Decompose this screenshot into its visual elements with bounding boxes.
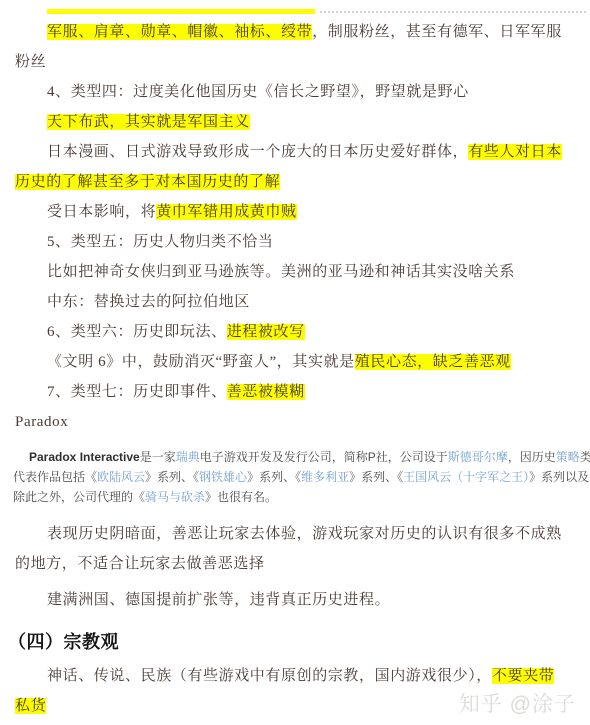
text-segment: 》系列、《 — [247, 470, 301, 484]
text-segment: 》也很有名。 — [205, 490, 277, 504]
text-segment: 是一家 — [140, 450, 176, 464]
cutoff-text-remnant — [320, 11, 586, 13]
document-line: 神话、传说、民族（有些游戏中有原创的宗教，国内游戏很少），不要夹带 — [15, 661, 590, 691]
text-segment: 5、类型五：历史人物归类不恰当 — [47, 234, 274, 250]
text-segment: 粉丝 — [15, 54, 46, 70]
document-line: 4、类型四：过度美化他国历史《信长之野望》，野望就是野心 — [15, 77, 590, 107]
section-heading: （四）宗教观 — [8, 629, 590, 655]
document-line: 军服、肩章、勋章、帽徽、袖标、绶带，制服粉丝，甚至有德军、日军军服 — [15, 17, 590, 47]
text-segment: 日本漫画、日式游戏导致形成一个庞大的日本历史爱好群体， — [47, 144, 468, 160]
text-segment: 的地方，不适合让玩家去做善恶选择 — [15, 556, 265, 572]
wiki-link[interactable]: 骑马与砍杀 — [145, 490, 205, 504]
text-segment: 类游戏而著名。其 — [580, 450, 590, 464]
document-line: 代表作品包括《欧陆风云》系列、《钢铁雄心》系列、《维多利亚》系列、《王国风云（十… — [13, 467, 590, 487]
text-segment: 》系列、《 — [145, 470, 199, 484]
highlighted-text: 不要夹带 — [492, 668, 554, 684]
bold-text: Paradox Interactive — [29, 450, 140, 464]
text-segment: 》系列、《 — [349, 470, 403, 484]
document-line: Paradox — [15, 407, 590, 437]
highlighted-text: 历史的了解甚至多于对本国历史的了解 — [15, 174, 280, 190]
wiki-link[interactable]: 钢铁雄心 — [199, 470, 247, 484]
document-line: 受日本影响，将黄巾军错用成黄巾贼 — [15, 197, 590, 227]
document-line: 比如把神奇女侠归到亚马逊族等。美洲的亚马逊和神话其实没啥关系 — [15, 257, 590, 287]
wiki-link[interactable]: 王国风云（十字军之王） — [403, 470, 529, 484]
text-segment: 《文明 6》中，鼓励消灭“野蛮人”，其实就是 — [47, 354, 355, 370]
text-segment: 6、类型六：历史即玩法、 — [47, 324, 227, 340]
document-line: 《文明 6》中，鼓励消灭“野蛮人”，其实就是殖民心态，缺乏善恶观 — [15, 347, 590, 377]
text-segment: 建满洲国、德国提前扩张等，违背真正历史进程。 — [47, 592, 390, 608]
document-line: 除此之外，公司代理的《骑马与砍杀》也很有名。 — [13, 487, 590, 507]
document-lines: 军服、肩章、勋章、帽徽、袖标、绶带，制服粉丝，甚至有德军、日军军服粉丝4、类型四… — [15, 17, 590, 721]
document-line: 6、类型六：历史即玩法、进程被改写 — [15, 317, 590, 347]
highlighted-text: 私货 — [15, 698, 46, 714]
text-segment: 受日本影响，将 — [47, 204, 156, 220]
text-segment: 表现历史阴暗面，善恶让玩家去体验，游戏玩家对历史的认识有很多不成熟 — [47, 526, 562, 542]
highlighted-text: 善恶被模糊 — [227, 384, 305, 400]
wiki-link[interactable]: 瑞典 — [176, 450, 200, 464]
zhihu-watermark: 知乎 @涂子 — [459, 688, 576, 718]
text-segment: 代表作品包括《 — [13, 470, 97, 484]
document-line: 中东：替换过去的阿拉伯地区 — [15, 287, 590, 317]
text-segment: 7、类型七：历史即事件、 — [47, 384, 227, 400]
highlighted-text: 黄巾军错用成黄巾贼 — [156, 204, 296, 220]
text-segment: 比如把神奇女侠归到亚马逊族等。美洲的亚马逊和神话其实没啥关系 — [47, 264, 515, 280]
highlighted-text: 军服、肩章、勋章、帽徽、袖标、绶带 — [47, 24, 312, 40]
text-segment: 4、类型四：过度美化他国历史《信长之野望》，野望就是野心 — [47, 84, 469, 100]
text-segment: ，制服粉丝，甚至有德军、日军军服 — [312, 24, 562, 40]
text-segment: （四）宗教观 — [8, 632, 119, 652]
highlighted-text: 有些人对日本 — [468, 144, 562, 160]
cutoff-highlight-strip — [47, 9, 315, 14]
wiki-link[interactable]: 策略 — [556, 450, 580, 464]
document-line: 粉丝 — [15, 47, 590, 77]
document-line: 建满洲国、德国提前扩张等，违背真正历史进程。 — [15, 585, 590, 615]
highlighted-text: 天下布武，其实就是军国主义 — [47, 114, 250, 130]
wiki-link[interactable]: 斯德哥尔摩 — [448, 450, 508, 464]
document-line: Paradox Interactive是一家瑞典电子游戏开发及发行公司，简称P社… — [13, 447, 590, 467]
text-segment: ，因历史 — [508, 450, 556, 464]
text-segment: 》系列以及《 — [529, 470, 590, 484]
document-line: 的地方，不适合让玩家去做善恶选择 — [15, 549, 590, 579]
highlighted-text: 进程被改写 — [227, 324, 305, 340]
text-segment: Paradox — [15, 414, 68, 430]
wiki-link[interactable]: 维多利亚 — [301, 470, 349, 484]
document-line: 7、类型七：历史即事件、善恶被模糊 — [15, 377, 590, 407]
document-line: 历史的了解甚至多于对本国历史的了解 — [15, 167, 590, 197]
text-segment: 中东：替换过去的阿拉伯地区 — [47, 294, 250, 310]
text-segment: 神话、传说、民族（有些游戏中有原创的宗教，国内游戏很少）， — [47, 668, 492, 684]
document-line: 日本漫画、日式游戏导致形成一个庞大的日本历史爱好群体，有些人对日本 — [15, 137, 590, 167]
text-segment: 电子游戏开发及发行公司，简称P社，公司设于 — [200, 450, 448, 464]
document-line: 天下布武，其实就是军国主义 — [15, 107, 590, 137]
document-page: { "page": { "background": "#ffffff", "hi… — [0, 0, 590, 725]
wiki-link[interactable]: 欧陆风云 — [97, 470, 145, 484]
document-line: 表现历史阴暗面，善恶让玩家去体验，游戏玩家对历史的认识有很多不成熟 — [15, 519, 590, 549]
document-line: 5、类型五：历史人物归类不恰当 — [15, 227, 590, 257]
text-segment: 除此之外，公司代理的《 — [13, 490, 145, 504]
highlighted-text: 殖民心态，缺乏善恶观 — [355, 354, 511, 370]
